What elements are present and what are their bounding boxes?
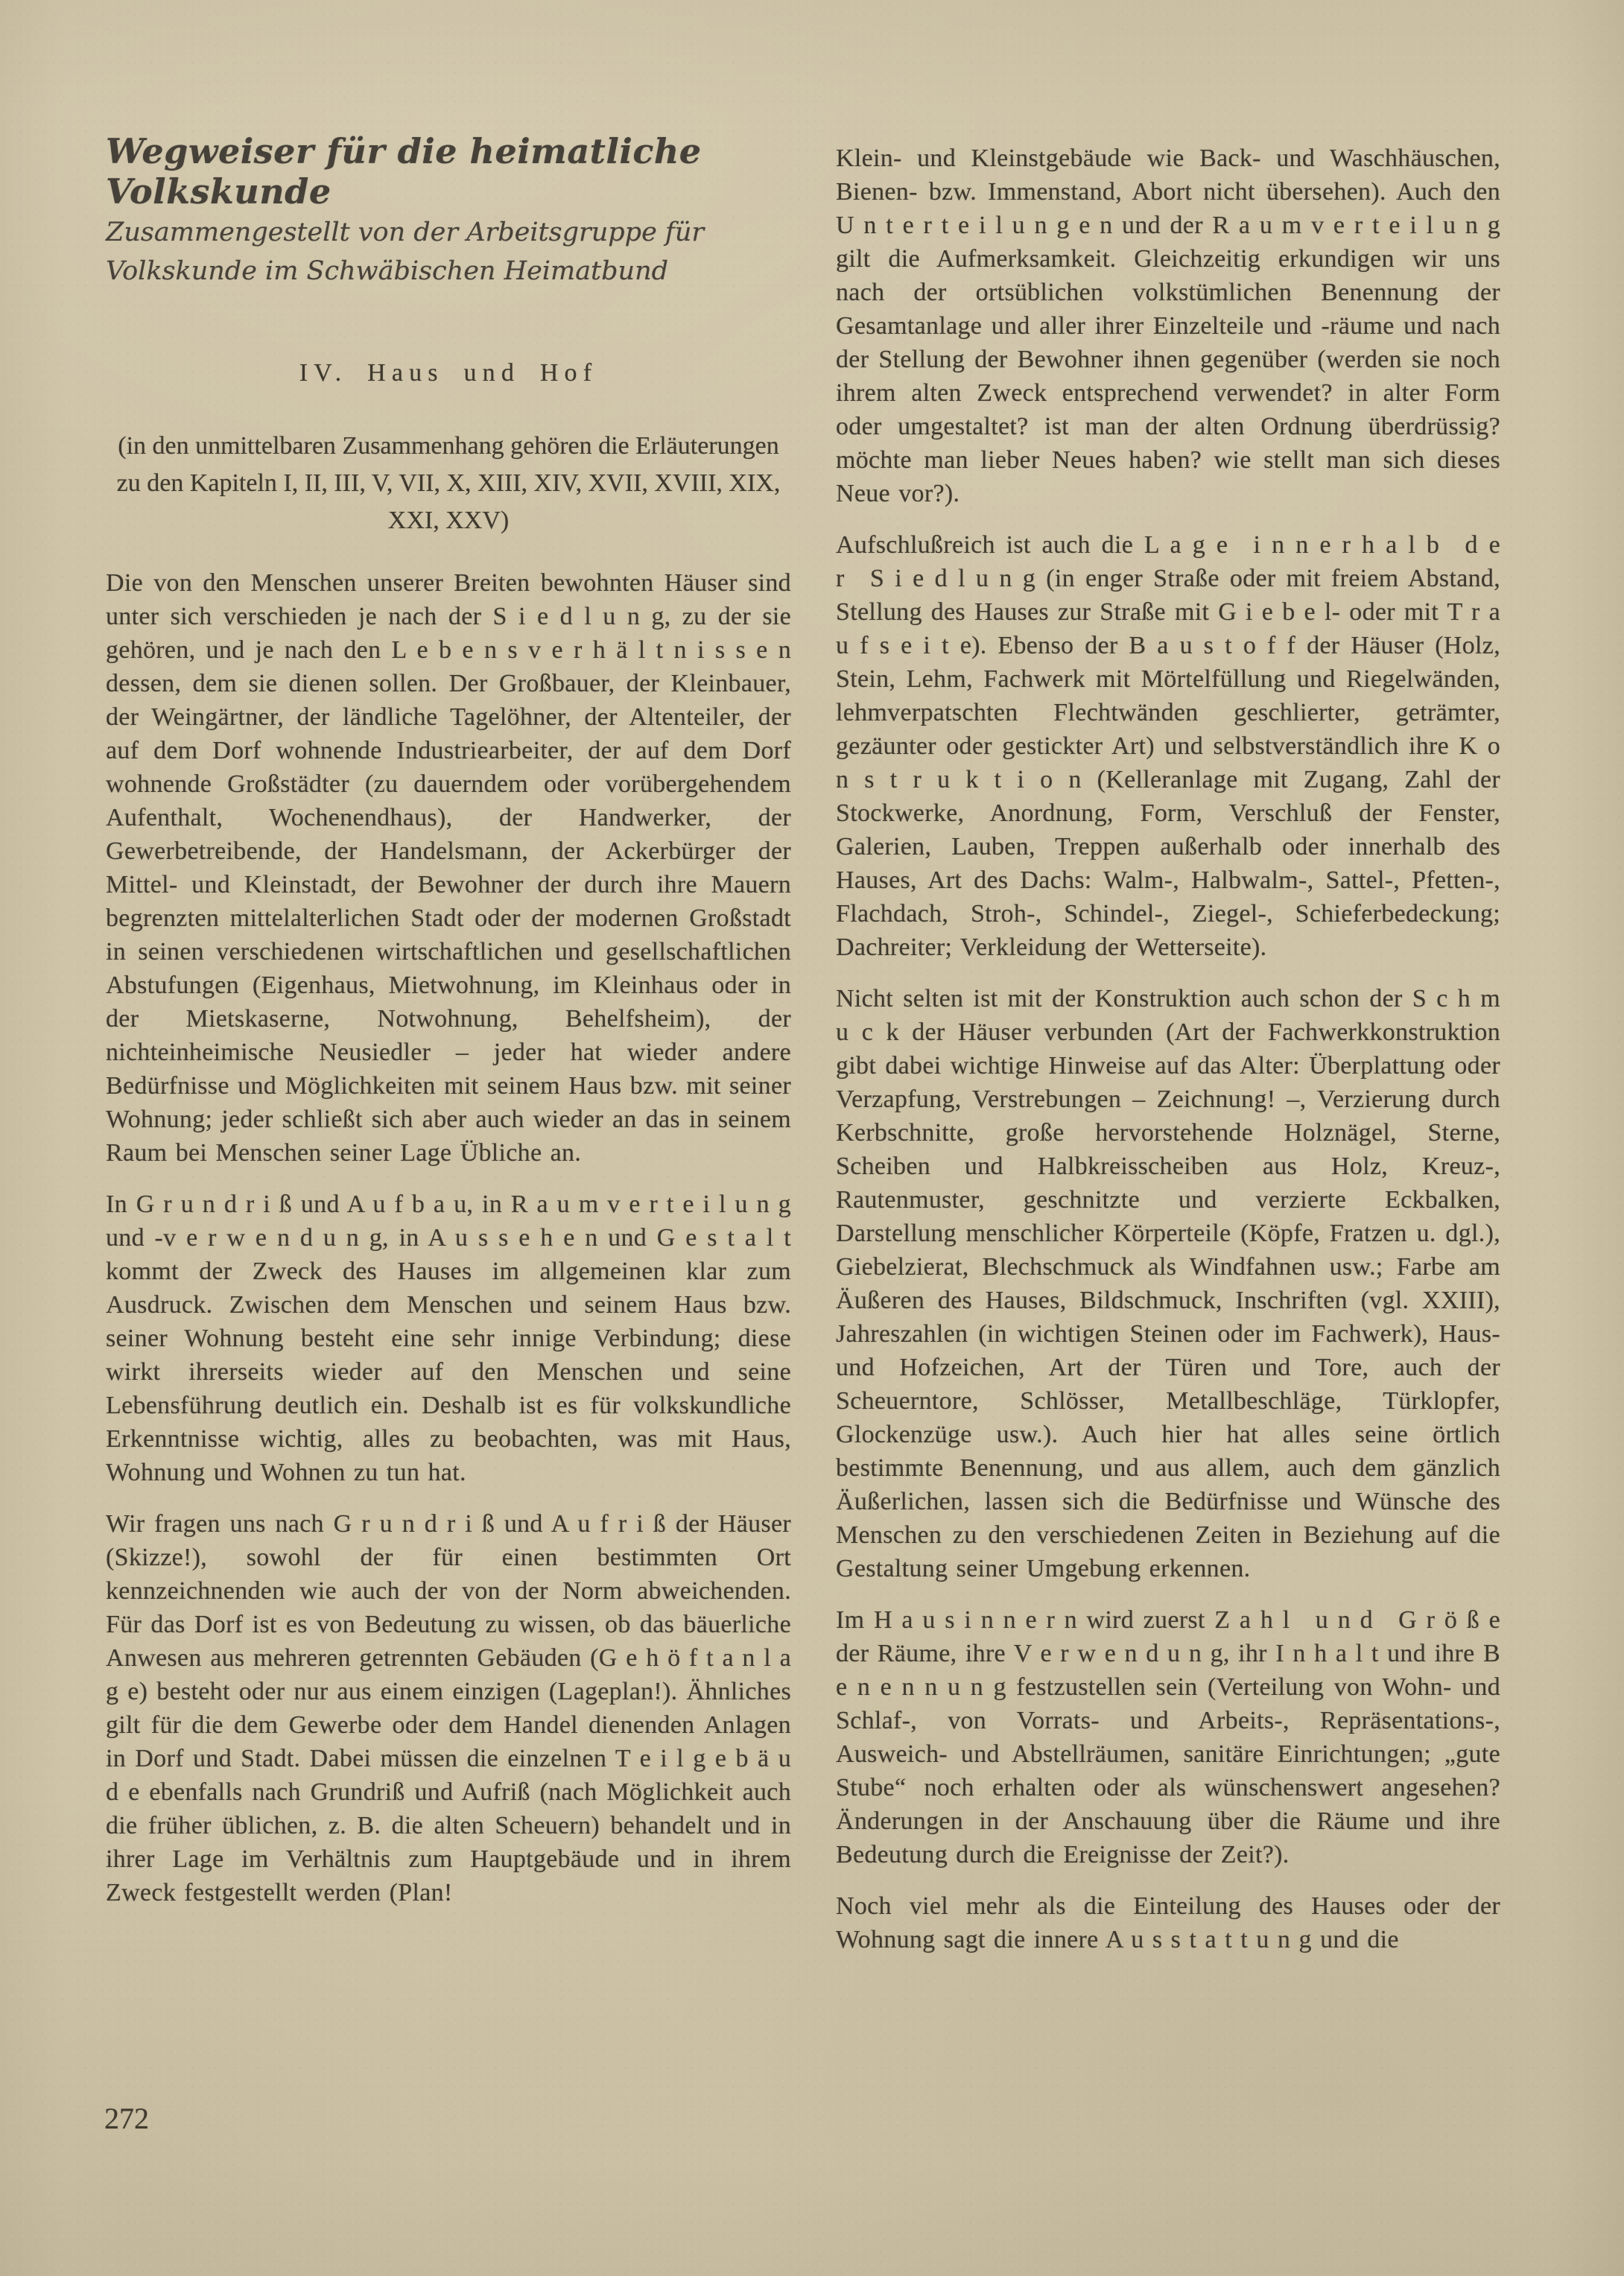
page: Wegweiser für die heimatliche Volkskunde… [0, 0, 1624, 2276]
right-column: Klein- und Kleinstgebäude wie Back- und … [836, 142, 1500, 1956]
paragraph: Noch viel mehr als die Einteilung des Ha… [836, 1889, 1500, 1956]
page-title: Wegweiser für die heimatliche Volkskunde [106, 131, 799, 212]
paragraph: Im H a u s i n n e r n wird zuerst Z a h… [836, 1603, 1500, 1871]
paragraph: Nicht selten ist mit der Konstruktion au… [836, 982, 1500, 1585]
page-subtitle: Zusammengestellt von der Arbeitsgruppe f… [106, 213, 813, 291]
paragraph: Wir fragen uns nach G r u n d r i ß und … [106, 1507, 791, 1909]
intro-note: (in den unmittelbaren Zusammenhang gehör… [106, 428, 791, 539]
paragraph: Aufschlußreich ist auch die L a g e i n … [836, 528, 1500, 964]
section-heading: IV. Haus und Hof [106, 359, 791, 387]
left-column: Die von den Menschen unserer Breiten bew… [106, 566, 791, 1909]
paragraph: In G r u n d r i ß und A u f b a u, in R… [106, 1188, 791, 1489]
paragraph: Klein- und Kleinstgebäude wie Back- und … [836, 142, 1500, 510]
paragraph: Die von den Menschen unserer Breiten bew… [106, 566, 791, 1170]
page-number: 272 [104, 2101, 149, 2136]
scanned-book-page: { "page": { "title": "Wegweiser für die … [0, 0, 1624, 2276]
